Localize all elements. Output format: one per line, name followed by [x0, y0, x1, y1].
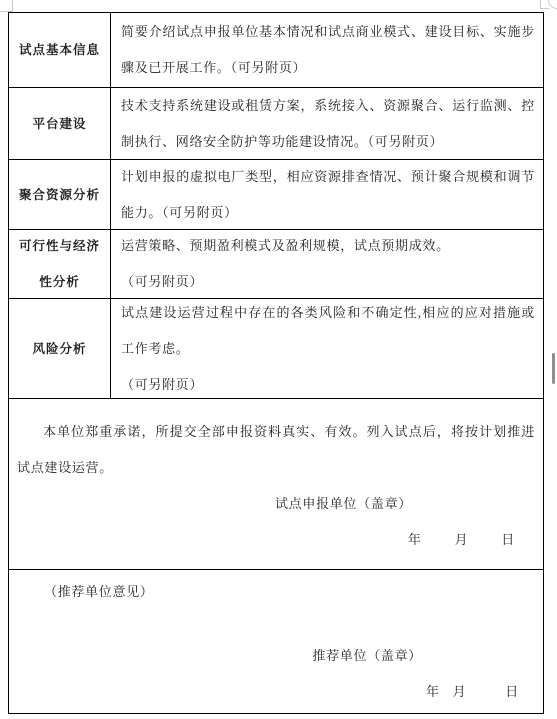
applicant-date-line: 年月日	[17, 522, 515, 558]
table-row-basic-info: 试点基本信息 简要介绍试点申报单位基本情况和试点商业模式、建设目标、实施步骤及已…	[9, 13, 543, 87]
row-content-aggregated-resources: 计划申报的虚拟电厂类型，相应资源排查情况、预计聚合规模和调节能力。（可另附页）	[111, 160, 543, 229]
table-row-platform: 平台建设 技术支持系统建设或租赁方案，系统接入、资源聚合、运行监测、控制执行、网…	[9, 87, 543, 159]
date-month-label: 月	[455, 532, 469, 547]
row-content-basic-info: 简要介绍试点申报单位基本情况和试点商业模式、建设目标、实施步骤及已开展工作。（可…	[111, 13, 543, 87]
row-label-platform: 平台建设	[9, 88, 111, 159]
table-row-aggregated-resources: 聚合资源分析 计划申报的虚拟电厂类型，相应资源排查情况、预计聚合规模和调节能力。…	[9, 159, 543, 229]
table-row-feasibility: 可行性与经济性分析 运营策略、预期盈利模式及盈利规模，试点预期成效。 （可另附页…	[9, 229, 543, 298]
recommender-date-line: 年月日	[17, 674, 519, 710]
recommendation-section: （推荐单位意见） 推荐单位（盖章） 年月日	[9, 569, 543, 713]
table-row-risk-analysis: 风险分析 试点建设运营过程中存在的各类风险和不确定性,相应的应对措施或工作考虑。…	[9, 298, 543, 398]
row-content-text: 试点建设运营过程中存在的各类风险和不确定性,相应的应对措施或工作考虑。 （可另附…	[121, 295, 535, 403]
prev-table-remnant-left-vertical	[12, 0, 13, 11]
date-month-label: 月	[453, 684, 467, 699]
prev-table-remnant-right-vertical	[540, 0, 541, 8]
row-label-feasibility: 可行性与经济性分析	[9, 230, 111, 298]
scrollbar-thumb[interactable]	[552, 353, 555, 384]
clipped-circle-artifact	[548, 0, 557, 9]
date-year-label: 年	[408, 532, 422, 547]
recommender-seal-label: 推荐单位（盖章）	[17, 638, 422, 674]
row-content-text: 计划申报的虚拟电厂类型，相应资源排查情况、预计聚合规模和调节能力。（可另附页）	[121, 159, 535, 231]
date-year-label: 年	[426, 684, 440, 699]
row-content-text: 简要介绍试点申报单位基本情况和试点商业模式、建设目标、实施步骤及已开展工作。（可…	[121, 14, 535, 86]
row-label-risk-analysis: 风险分析	[9, 299, 111, 398]
commitment-text: 本单位郑重承诺，所提交全部申报资料真实、有效。列入试点后，将按计划推进试点建设运…	[17, 414, 535, 486]
date-day-label: 日	[505, 684, 519, 699]
prev-table-remnant-right-horizontal	[540, 8, 549, 9]
row-content-platform: 技术支持系统建设或租赁方案，系统接入、资源聚合、运行监测、控制执行、网络安全防护…	[111, 88, 543, 159]
row-content-risk-analysis: 试点建设运营过程中存在的各类风险和不确定性,相应的应对措施或工作考虑。 （可另附…	[111, 299, 543, 398]
row-label-basic-info: 试点基本信息	[9, 13, 111, 87]
row-label-aggregated-resources: 聚合资源分析	[9, 160, 111, 229]
date-day-label: 日	[501, 532, 515, 547]
row-content-text: 技术支持系统建设或租赁方案，系统接入、资源聚合、运行监测、控制执行、网络安全防护…	[121, 88, 535, 160]
row-content-text: 运营策略、预期盈利模式及盈利规模，试点预期成效。 （可另附页）	[121, 228, 535, 300]
row-content-feasibility: 运营策略、预期盈利模式及盈利规模，试点预期成效。 （可另附页）	[111, 230, 543, 298]
commitment-section: 本单位郑重承诺，所提交全部申报资料真实、有效。列入试点后，将按计划推进试点建设运…	[9, 398, 543, 569]
application-form-table: 试点基本信息 简要介绍试点申报单位基本情况和试点商业模式、建设目标、实施步骤及已…	[8, 12, 544, 714]
applicant-seal-label: 试点申报单位（盖章）	[17, 486, 412, 522]
recommendation-title: （推荐单位意见）	[44, 574, 535, 610]
